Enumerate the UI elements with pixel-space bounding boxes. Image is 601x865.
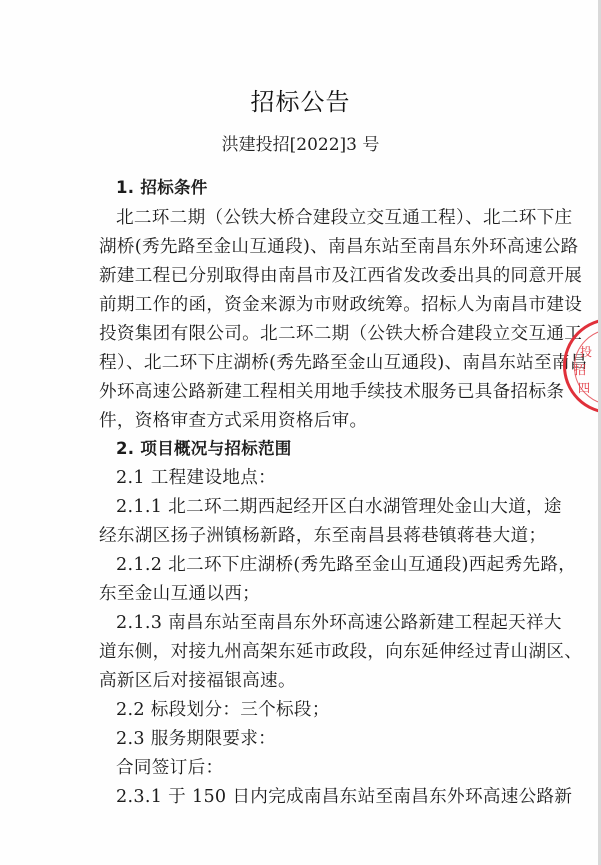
section-heading-1: 1. 招标条件	[116, 174, 208, 198]
document-number: 洪建投招[2022]3 号	[0, 130, 601, 155]
body-line: 2.2 标段划分：三个标段；	[116, 696, 330, 721]
body-line: 经东湖区扬子洲镇杨新路，东至南昌县蒋巷镇蒋巷大道；	[99, 522, 546, 547]
seal-char: 四	[578, 379, 590, 396]
body-line: 北二环二期（公铁大桥合建段立交互通工程）、北二环下庄	[116, 204, 572, 229]
body-line: 2.1.3 南昌东站至南昌东外环高速公路新建工程起天祥大	[116, 609, 562, 634]
body-line: 前期工作的函，资金来源为市财政统筹。招标人为南昌市建设	[99, 291, 582, 316]
body-line: 外环高速公路新建工程相关用地手续技术服务已具备招标条	[99, 378, 564, 403]
body-line: 道东侧，对接九州高架东延市政段，向东延伸经过青山湖区、	[99, 638, 582, 663]
body-line: 2.1.2 北二环下庄湖桥(秀先路至金山互通段)西起秀先路，	[116, 551, 576, 576]
seal-char: 投	[580, 343, 592, 360]
body-line: 2.1 工程建设地点：	[116, 464, 276, 489]
body-line: 2.3.1 于 150 日内完成南昌东站至南昌东外环高速公路新	[116, 783, 572, 808]
section-heading-2: 2. 项目概况与招标范围	[116, 435, 292, 459]
body-line: 程）、北二环下庄湖桥(秀先路至金山互通段)、南昌东站至南昌	[99, 349, 588, 374]
document-page: 招标公告 洪建投招[2022]3 号 1. 招标条件 北二环二期（公铁大桥合建段…	[0, 0, 598, 865]
body-line: 高新区后对接福银高速。	[99, 667, 296, 692]
body-line: 新建工程已分别取得由南昌市及江西省发改委出具的同意开展	[99, 262, 582, 287]
page-title: 招标公告	[0, 82, 601, 117]
body-line: 东至金山互通以西；	[99, 580, 260, 605]
body-line: 投资集团有限公司。北二环二期（公铁大桥合建段立交互通工	[99, 320, 582, 345]
body-line: 合同签订后：	[116, 754, 223, 779]
seal-char: 招	[574, 361, 586, 378]
body-line: 件，资格审查方式采用资格后审。	[99, 407, 367, 432]
body-line: 湖桥(秀先路至金山互通段)、南昌东站至南昌东外环高速公路	[99, 233, 579, 258]
body-line: 2.1.1 北二环二期西起经开区白水湖管理处金山大道，途	[116, 493, 562, 518]
body-line: 2.3 服务期限要求：	[116, 725, 276, 750]
